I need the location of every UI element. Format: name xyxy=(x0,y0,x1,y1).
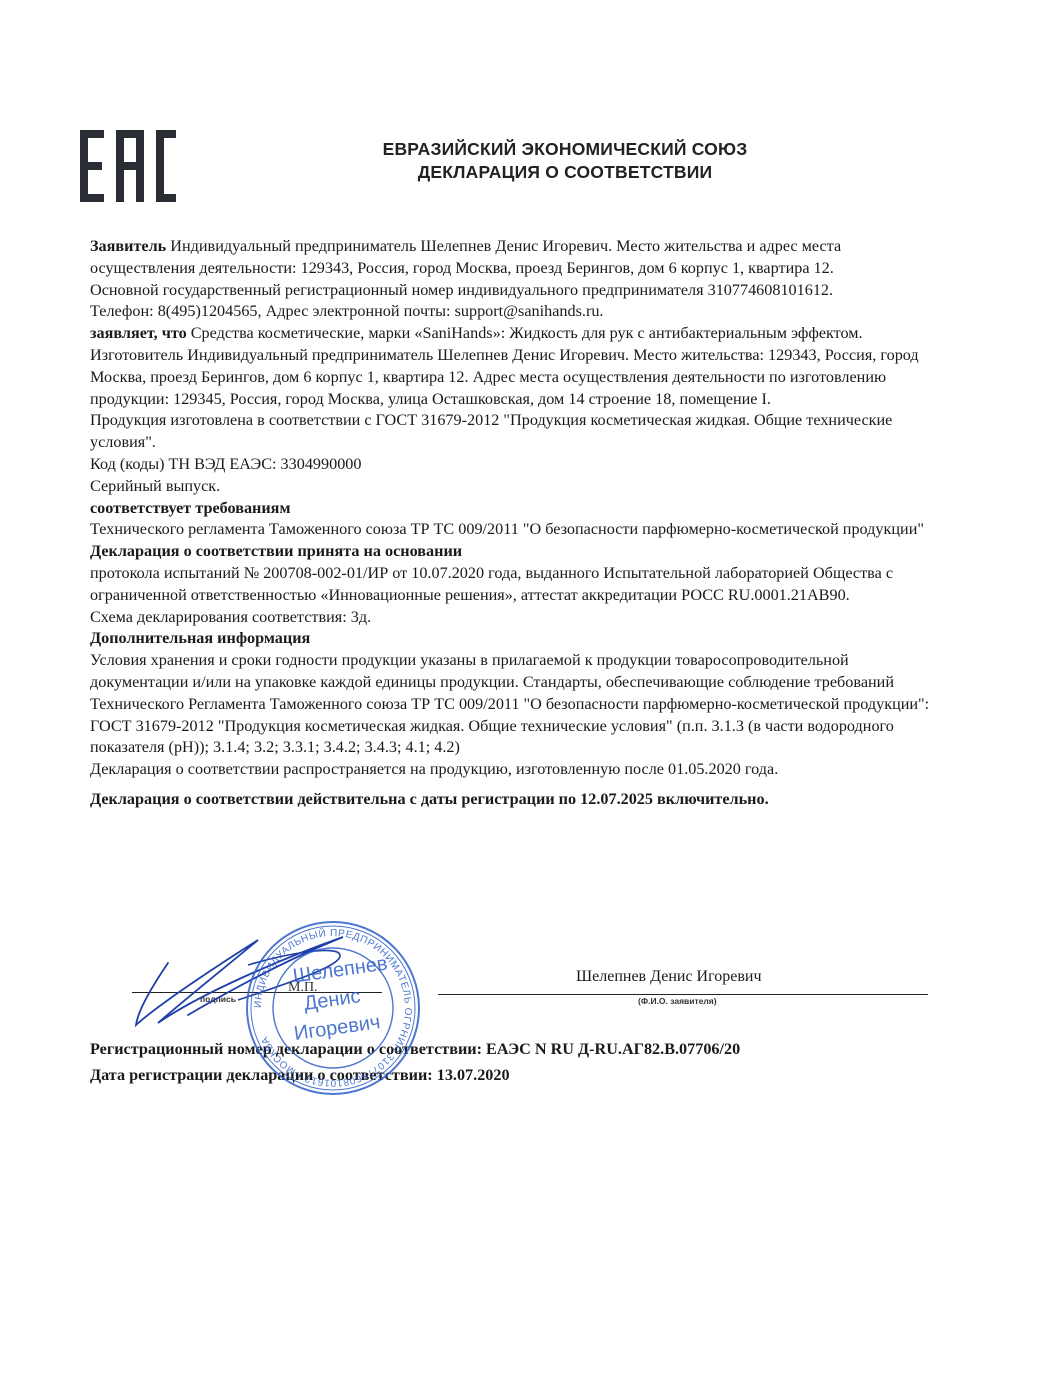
conforms-text: Технического регламента Таможенного союз… xyxy=(90,519,930,541)
tn-ved-code: Код (коды) ТН ВЭД ЕАЭС: 3304990000 xyxy=(90,454,930,476)
basis-text: протокола испытаний № 200708-002-01/ИР о… xyxy=(90,563,930,607)
declaration-body: Заявитель Индивидуальный предприниматель… xyxy=(90,236,930,811)
serial-text: Серийный выпуск. xyxy=(90,476,930,498)
header-union-title: ЕВРАЗИЙСКИЙ ЭКОНОМИЧЕСКИЙ СОЮЗ xyxy=(330,138,800,161)
standard-text: Продукция изготовлена в соответствии с Г… xyxy=(90,410,930,454)
scheme-text: Схема декларирования соответствия: 3д. xyxy=(90,607,930,629)
applicant-label: Заявитель xyxy=(90,237,166,255)
validity-text: Декларация о соответствии действительна … xyxy=(90,789,930,811)
manufacturer-text: Изготовитель Индивидуальный предпринимат… xyxy=(90,345,930,410)
scope-text: Декларация о соответствии распространяет… xyxy=(90,759,930,781)
basis-label: Декларация о соответствии принята на осн… xyxy=(90,541,930,563)
declares-paragraph: заявляет, что Средства косметические, ма… xyxy=(90,323,930,345)
additional-text: Условия хранения и сроки годности продук… xyxy=(90,650,930,759)
declares-label: заявляет, что xyxy=(90,324,187,342)
header-declaration-title: ДЕКЛАРАЦИЯ О СООТВЕТСТВИИ xyxy=(330,161,800,184)
declares-text: Средства косметические, марки «SaniHands… xyxy=(187,324,863,342)
contacts-text: Телефон: 8(495)1204565, Адрес электронно… xyxy=(90,301,930,323)
ogrnip-text: Основной государственный регистрационный… xyxy=(90,280,930,302)
conforms-label: соответствует требованиям xyxy=(90,498,930,520)
additional-label: Дополнительная информация xyxy=(90,628,930,650)
stamp-line-3: Игоревич xyxy=(293,1011,382,1045)
document-header: ЕВРАЗИЙСКИЙ ЭКОНОМИЧЕСКИЙ СОЮЗ ДЕКЛАРАЦИ… xyxy=(330,138,800,184)
name-caption: (Ф.И.О. заявителя) xyxy=(638,996,717,1006)
name-line xyxy=(438,994,928,995)
signer-name: Шелепнев Денис Игоревич xyxy=(576,968,762,986)
registration-block: Регистрационный номер декларации о соотв… xyxy=(90,1036,950,1088)
registration-number: Регистрационный номер декларации о соотв… xyxy=(90,1036,950,1062)
registration-date: Дата регистрации декларации о соответств… xyxy=(90,1062,950,1088)
round-stamp-icon: ИНДИВИДУАЛЬНЫЙ ПРЕДПРИНИМАТЕЛЬ ОГРНИП 31… xyxy=(233,918,433,1098)
eac-mark-icon xyxy=(80,130,176,202)
applicant-text: Индивидуальный предприниматель Шелепнев … xyxy=(90,237,841,277)
stamp-line-1: Шелепнев xyxy=(291,953,388,988)
applicant-paragraph: Заявитель Индивидуальный предприниматель… xyxy=(90,236,930,280)
stamp-line-2: Денис xyxy=(302,985,361,1015)
